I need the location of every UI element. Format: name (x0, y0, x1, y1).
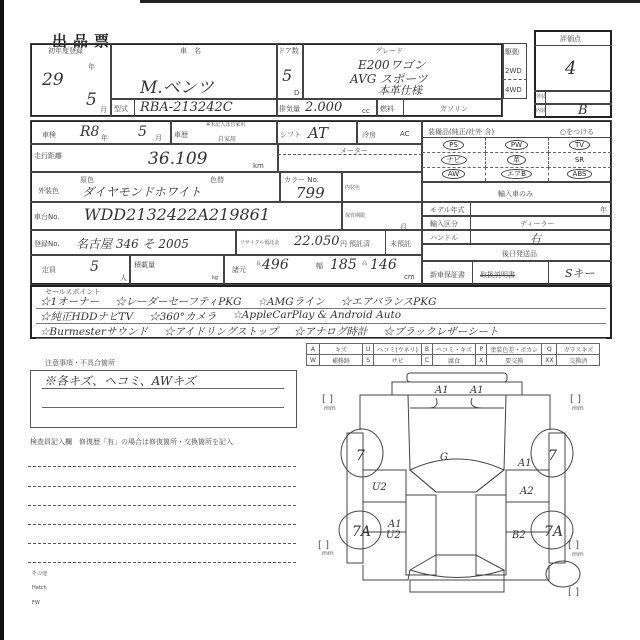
first-registration-label: 初年度登録 (48, 46, 83, 56)
legend-code: A (307, 344, 320, 355)
interior-score-value: B (578, 103, 588, 118)
load-unit: kg (212, 275, 218, 281)
import-type-label: 輸入区分 (430, 219, 458, 229)
recycle-unit: 円 (340, 239, 347, 249)
legend-meaning: ヘコミ(ウネリ) (374, 344, 422, 355)
storage-label: 保管期限 (345, 212, 365, 219)
footer-label-fw: FW (32, 600, 40, 606)
legend-meaning: サビ (374, 355, 422, 366)
sales-point-line: ☆純正HDDナビTV☆360°カメラ☆AppleCarPlay & Androi… (36, 309, 606, 324)
legend-code: B (421, 344, 432, 355)
equipment-item: エアB (485, 167, 549, 181)
capacity-label: 定員 (42, 265, 56, 275)
svg-text:mm: mm (324, 405, 336, 412)
history-value: 自家用 (218, 134, 236, 143)
recycle-undeposited: 未預託 (390, 239, 411, 249)
color-value: ダイヤモンドホワイト (82, 183, 201, 200)
svg-text:7A: 7A (544, 524, 563, 540)
equipment-item: PW (485, 138, 549, 153)
car-name-label: 車 名 (180, 46, 201, 56)
svg-text:A1: A1 (517, 458, 532, 469)
score-label: 評価点 (560, 34, 581, 44)
sales-point: ☆レーダーセーフティPKG (115, 294, 241, 308)
sales-point: ☆360°カメラ (149, 309, 216, 323)
model-label: 型式 (114, 104, 128, 114)
interior-score-label: 内装 (536, 107, 546, 114)
width-label: 幅 (316, 261, 323, 271)
legend-meaning: ヘコミ・キズ (433, 344, 476, 355)
history-label: 車歴 (174, 130, 188, 140)
equipment-label: 装備品(純正/社外 含) (428, 127, 494, 137)
drive-4wd: 4WD (505, 86, 522, 94)
inspector-label: 検査員記入欄 修復歴「有」の場合は修復箇所・交換箇所を記入 (30, 437, 233, 447)
inspection-month: 5 (138, 124, 147, 140)
fuel-label: 燃料 (380, 104, 394, 114)
sales-point: ☆AMGライン (258, 294, 325, 308)
equipment-grid: PSPWTVナビ革SRAWエアBABS (422, 138, 612, 182)
svg-text:mm: mm (572, 551, 584, 558)
legend-code: C (421, 355, 432, 366)
interior-color-label: 内装色 (345, 184, 360, 191)
later-items-label: 後日発送品 (502, 249, 537, 259)
mileage-unit: km (253, 162, 264, 170)
color-code-value: 799 (296, 184, 325, 202)
month-unit: 月 (100, 105, 107, 115)
drive-label: 駆動 (505, 47, 519, 57)
svg-text:[ ]: [ ] (568, 540, 579, 551)
doors-label: ドア数 (278, 46, 299, 56)
equipment-item: ABS (548, 167, 611, 181)
inspection-year: R8 (80, 124, 99, 140)
history-note: ※未記入は自家用 (206, 121, 245, 128)
equipment-note: ○をつける (560, 127, 594, 137)
svg-text:A1: A1 (469, 385, 484, 396)
shift-label: シフト (280, 130, 301, 140)
legend-code: XX (542, 355, 557, 366)
legend-code: W (307, 355, 320, 366)
svg-text:mm: mm (322, 550, 334, 557)
import-label: 輸入車のみ (498, 189, 533, 199)
equipment-item: AW (422, 167, 486, 181)
svg-text:7A: 7A (352, 524, 371, 540)
width-value: 185 (330, 257, 357, 273)
doors-unit: D (294, 89, 299, 97)
equipment-item: TV (548, 138, 611, 153)
year-unit: 年 (88, 62, 95, 72)
registration-label: 登録No. (34, 239, 60, 249)
svg-text:U2: U2 (386, 530, 401, 541)
capacity-value: 5 (90, 259, 99, 275)
sales-point: ☆エアバランスPKG (341, 294, 437, 308)
first-registration-year: 29 (42, 70, 64, 90)
doors-value: 5 (282, 66, 292, 85)
equipment-item: 革 (485, 153, 549, 168)
notes-label: 注意事項・不具合箇所 (45, 358, 115, 368)
sales-point: ☆純正HDDナビTV (40, 309, 133, 323)
equipment-item: SR (548, 153, 611, 168)
mileage-label: 走行距離 (34, 151, 62, 161)
score-value: 4 (565, 58, 576, 79)
recycle-deposited: 預託済 (349, 239, 370, 249)
model-value: RBA-213242C (140, 100, 233, 115)
svg-text:7: 7 (356, 448, 365, 464)
scan-border (0, 0, 4, 640)
car-damage-diagram: A1 A1 G A1 U2 A2 A1 U2 B2 7 7 7A 7A [ ]m… (300, 370, 640, 600)
sales-point-line: ☆1オーナー☆レーダーセーフティPKG☆AMGライン☆エアバランスPKG (36, 294, 606, 309)
svg-text:A2: A2 (519, 486, 534, 497)
legend-code: P (476, 344, 487, 355)
footer-label-hatch: Hatch (32, 585, 47, 591)
model-year-label: モデル年式 (430, 205, 465, 215)
svg-text:A1: A1 (434, 385, 449, 396)
grade-label: グレード (375, 46, 403, 56)
notes-line-1: ※各キズ、ヘコミ、AWキズ (44, 372, 196, 389)
handle-label: ハンドル (430, 233, 458, 243)
svg-text:[ ]: [ ] (570, 394, 581, 405)
legend-meaning: 補修跡 (319, 355, 362, 366)
legend-code: S (362, 355, 373, 366)
dimensions-unit: cm (404, 273, 415, 281)
shift-value: AT (308, 124, 328, 142)
car-name-value: M.ベンツ (140, 73, 214, 98)
dimensions-label: 諸元 (232, 265, 246, 275)
svg-text:[ ]: [ ] (322, 394, 333, 405)
legend-meaning: 交換済 (557, 355, 600, 366)
sales-point: ☆AppleCarPlay & Android Auto (232, 309, 401, 323)
recycle-label: リサイクル預託金 (240, 239, 279, 246)
sales-point: ☆アナログ時計 (294, 324, 368, 338)
color-change-label: 色替 (210, 175, 224, 185)
footer-label-other: その他 (32, 570, 47, 577)
legend-code: Q (542, 344, 557, 355)
svg-text:A1: A1 (387, 519, 402, 530)
first-registration-month: 5 (86, 90, 97, 110)
svg-text:G: G (440, 452, 448, 463)
sales-point: ☆ブラックレザーシート (383, 324, 498, 338)
inspection-year-unit: 年 (101, 133, 108, 143)
sales-point: ☆1オーナー (40, 294, 99, 308)
color-label: 外装色 (38, 186, 59, 196)
legend-meaning: 塗装色差・ボカシ (487, 344, 542, 355)
svg-text:[ ]: [ ] (568, 587, 579, 598)
exterior-score-label: 外装 (536, 93, 546, 100)
ac-label: 冷房 (362, 130, 376, 140)
svg-text:B2: B2 (511, 530, 526, 541)
length-label: 長 (256, 260, 261, 267)
legend-meaning: 要交換 (487, 355, 542, 366)
inspection-label: 車検 (42, 130, 56, 140)
height-label: 高 (362, 260, 367, 267)
displacement-label: 排気量 (279, 104, 300, 114)
svg-text:U2: U2 (372, 482, 387, 493)
manual-label: 取扱説明書 (480, 270, 515, 280)
ac-value: AC (400, 130, 410, 138)
sales-point: ☆Burmesterサウンド (40, 324, 148, 338)
sales-points-list: ☆1オーナー☆レーダーセーフティPKG☆AMGライン☆エアバランスPKG☆純正H… (36, 294, 606, 339)
legend-meaning: ガラスキズ (557, 344, 600, 355)
displacement-value: 2.000 (305, 100, 342, 115)
legend-meaning: キズ (319, 344, 362, 355)
keys-value: Sキー (565, 265, 595, 281)
registration-value: 名古屋 346 そ 2005 (76, 235, 189, 252)
scan-border (140, 0, 640, 3)
fuel-value: ガソリン (440, 104, 468, 114)
model-year-unit: 年 (600, 205, 607, 215)
chassis-label: 車台No. (34, 212, 60, 222)
grade-line-3: 本革仕様 (378, 82, 422, 98)
displacement-unit: cc (362, 107, 370, 115)
height-value: 146 (370, 257, 397, 273)
equipment-item: PS (422, 138, 486, 153)
sales-point-line: ☆Burmesterサウンド☆アイドリングストップ☆アナログ時計☆ブラックレザー… (36, 324, 606, 339)
chassis-value: WDD2132422A219861 (84, 205, 270, 224)
warranty-label: 新車保証書 (430, 270, 465, 280)
load-label: 積載量 (134, 260, 155, 270)
recycle-value: 22.050 (294, 234, 340, 249)
import-type-value: ディーラー (520, 219, 554, 229)
svg-text:7: 7 (548, 448, 557, 464)
legend-meaning: 腐食 (433, 355, 476, 366)
inspection-month-unit: 月 (155, 133, 162, 143)
damage-legend: AキズUヘコミ(ウネリ)Bヘコミ・キズP塗装色差・ボカシQガラスキズW補修跡Sサ… (306, 343, 600, 366)
drive-2wd: 2WD (505, 67, 522, 75)
capacity-unit: 人 (120, 273, 127, 283)
legend-code: X (476, 355, 487, 366)
mileage-value: 36.109 (148, 149, 207, 169)
equipment-item: ナビ (422, 153, 486, 168)
sales-point: ☆アイドリングストップ (164, 324, 278, 338)
legend-code: U (362, 344, 373, 355)
svg-text:mm: mm (572, 405, 584, 412)
length-value: 496 (262, 257, 289, 273)
